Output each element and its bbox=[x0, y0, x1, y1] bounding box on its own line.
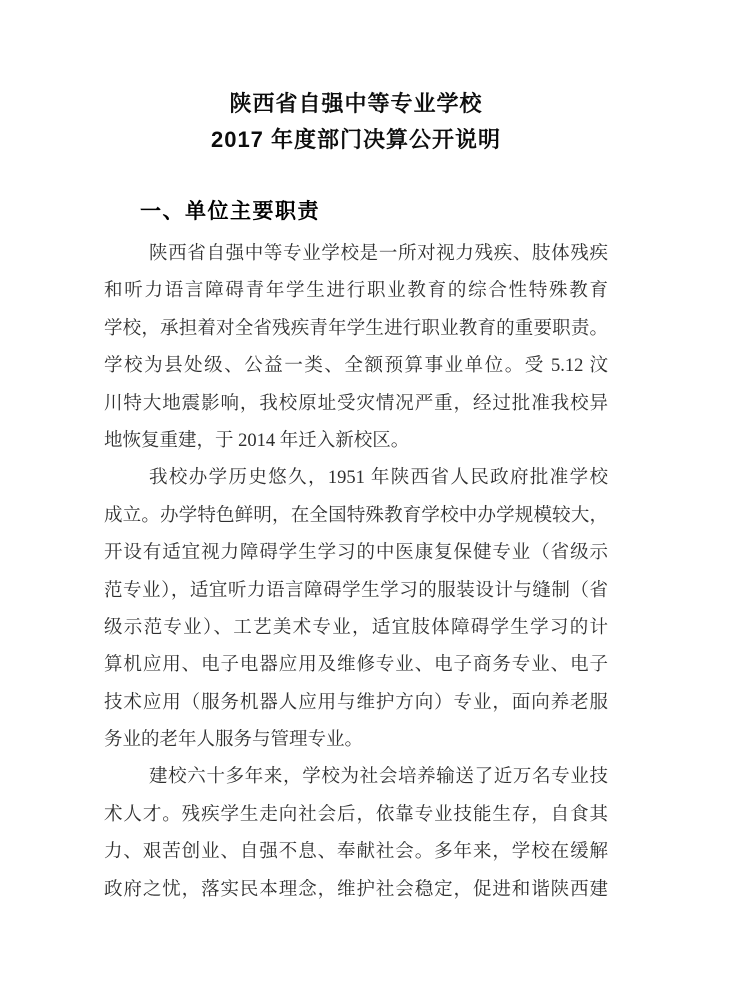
body-text-line: 级示范专业）、工艺美术专业，适宜肢体障碍学生学习的计 bbox=[104, 610, 608, 647]
body-text-line: 地恢复重建，于 2014 年迁入新校区。 bbox=[104, 423, 608, 460]
body-text-line: 和听力语言障碍青年学生进行职业教育的综合性特殊教育 bbox=[104, 273, 608, 310]
body-text-line: 技术应用（服务机器人应用与维护方向）专业，面向养老服 bbox=[104, 685, 608, 722]
body-text-line: 术人才。残疾学生走向社会后，依靠专业技能生存，自食其 bbox=[104, 797, 608, 834]
document-content: 陕西省自强中等专业学校 2017 年度部门决算公开说明 一、单位主要职责 陕西省… bbox=[104, 0, 608, 909]
paragraph: 我校办学历史悠久，1951 年陕西省人民政府批准学校成立。办学特色鲜明，在全国特… bbox=[104, 460, 608, 759]
paragraph: 建校六十多年来，学校为社会培养输送了近万名专业技术人才。残疾学生走向社会后，依靠… bbox=[104, 759, 608, 909]
body-text-line: 开设有适宜视力障碍学生学习的中医康复保健专业（省级示 bbox=[104, 535, 608, 572]
body-text-line: 川特大地震影响，我校原址受灾情况严重，经过批准我校异 bbox=[104, 386, 608, 423]
body-text-line: 我校办学历史悠久，1951 年陕西省人民政府批准学校 bbox=[104, 460, 608, 497]
body-text-line: 建校六十多年来，学校为社会培养输送了近万名专业技 bbox=[104, 759, 608, 796]
body-text-line: 算机应用、电子电器应用及维修专业、电子商务专业、电子 bbox=[104, 647, 608, 684]
document-title-line1: 陕西省自强中等专业学校 bbox=[104, 92, 608, 116]
document-title-line2: 2017 年度部门决算公开说明 bbox=[104, 128, 608, 152]
body-text-line: 成立。办学特色鲜明，在全国特殊教育学校中办学规模较大， bbox=[104, 498, 608, 535]
section-heading: 一、单位主要职责 bbox=[104, 200, 608, 224]
paragraph: 陕西省自强中等专业学校是一所对视力残疾、肢体残疾和听力语言障碍青年学生进行职业教… bbox=[104, 236, 608, 460]
body-text-line: 务业的老年人服务与管理专业。 bbox=[104, 722, 608, 759]
document-page: 陕西省自强中等专业学校 2017 年度部门决算公开说明 一、单位主要职责 陕西省… bbox=[0, 0, 744, 1000]
body-text-line: 陕西省自强中等专业学校是一所对视力残疾、肢体残疾 bbox=[104, 236, 608, 273]
body-text-line: 力、艰苦创业、自强不息、奉献社会。多年来，学校在缓解 bbox=[104, 834, 608, 871]
body-text-line: 政府之忧，落实民本理念，维护社会稳定，促进和谐陕西建 bbox=[104, 872, 608, 909]
body-text-line: 学校为县处级、公益一类、全额预算事业单位。受 5.12 汶 bbox=[104, 348, 608, 385]
body-text-line: 学校，承担着对全省残疾青年学生进行职业教育的重要职责。 bbox=[104, 311, 608, 348]
body-text-line: 范专业），适宜听力语言障碍学生学习的服装设计与缝制（省 bbox=[104, 573, 608, 610]
document-body: 陕西省自强中等专业学校是一所对视力残疾、肢体残疾和听力语言障碍青年学生进行职业教… bbox=[104, 236, 608, 909]
